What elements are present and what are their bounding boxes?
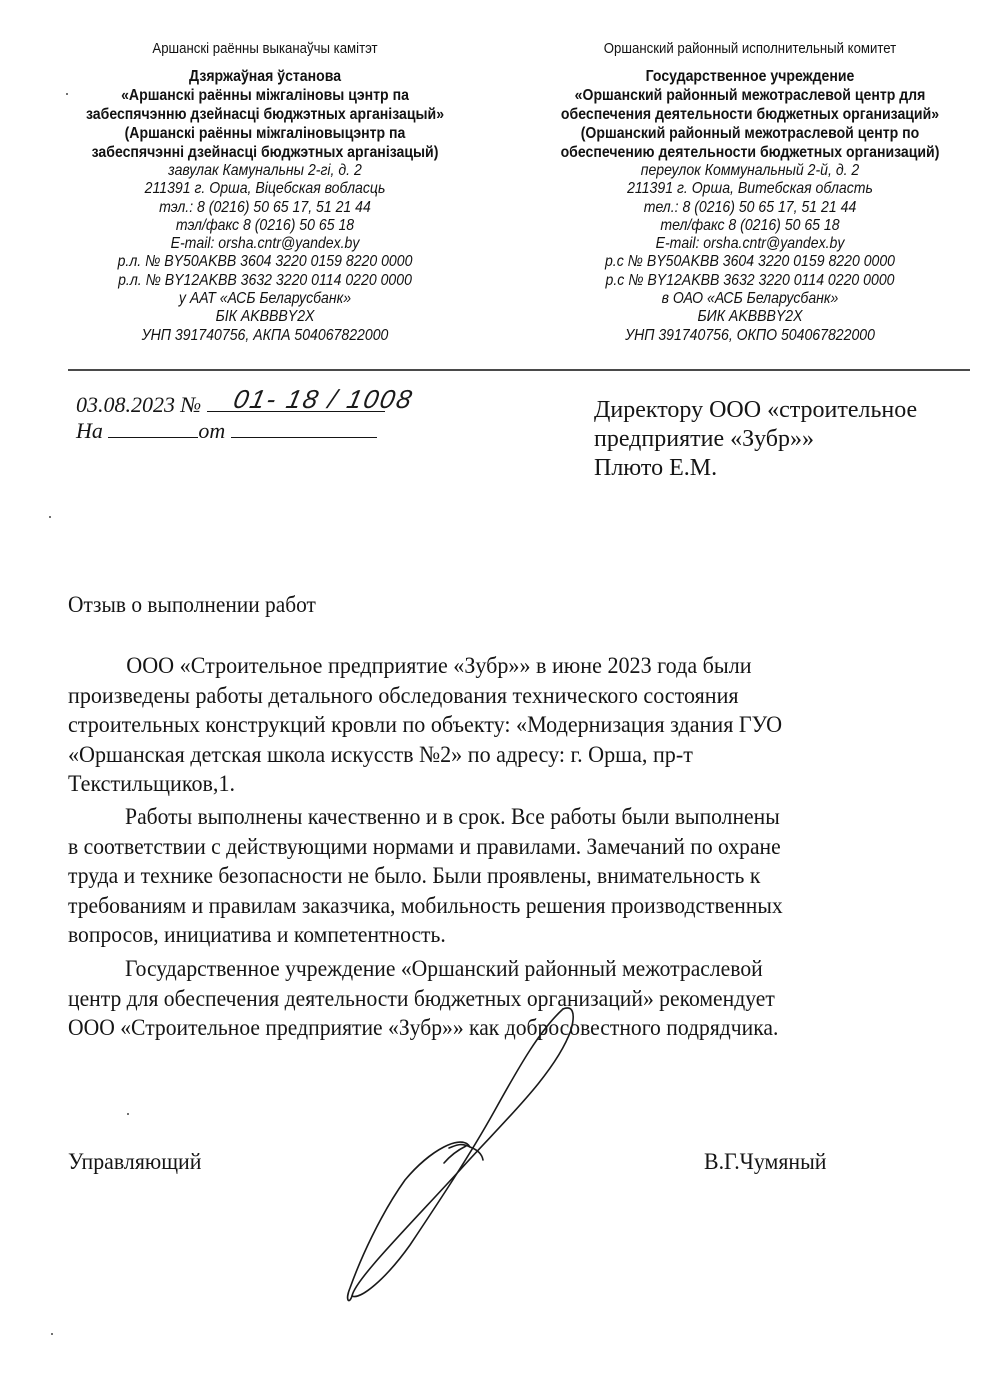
contact-details-be: завулак Камунальны 2-гі, д. 2 211391 г. … xyxy=(67,162,463,345)
on-from-row: На от xyxy=(76,418,385,444)
org-name-line: (Оршанский районный межотраслевой центр … xyxy=(548,124,953,143)
addressee-line: Директору ООО «строительное xyxy=(594,396,917,425)
body-line: Работы выполнены качественно и в срок. В… xyxy=(68,803,870,833)
letterhead-divider xyxy=(68,369,970,371)
org-name-line: обеспечению деятельности бюджетных орган… xyxy=(548,143,953,162)
bank-line: у ААТ «АСБ Беларусбанк» xyxy=(67,290,463,308)
body-line: Текстильщиков,1. xyxy=(68,770,888,800)
body-line: Государственное учреждение «Оршанский ра… xyxy=(68,955,870,985)
from-field xyxy=(231,419,377,438)
phone-line: тэл.: 8 (0216) 50 65 17, 51 21 44 xyxy=(67,199,463,217)
unp-line: УНП 391740756, АКПА 504067822000 xyxy=(67,327,463,345)
org-name-line: забеспячэнні дзейнасці бюджэтных арганіз… xyxy=(67,143,463,162)
body-line: ООО «Строительное предприятие «Зубр»» ка… xyxy=(68,1014,870,1044)
paragraph-3: Государственное учреждение «Оршанский ра… xyxy=(68,955,940,1044)
city-line: 211391 г. Орша, Витебская область xyxy=(548,180,953,198)
fax-line: тэл/факс 8 (0216) 50 65 18 xyxy=(67,217,463,235)
account-line: р.с № BY50AKBB 3604 3220 0159 8220 0000 xyxy=(548,253,953,271)
email-line: E-mail: orsha.cntr@yandex.by xyxy=(67,235,463,253)
org-name-line: «Аршанскі раённы міжгаліновы цэнтр па xyxy=(67,86,463,105)
body-line: в соответствии с действующими нормами и … xyxy=(68,833,870,863)
body-line: произведены работы детального обследован… xyxy=(68,682,888,712)
handwritten-number: 01- 18 / 1008 xyxy=(231,386,416,412)
letter-subject: Отзыв о выполнении работ xyxy=(68,591,316,619)
phone-line: тел.: 8 (0216) 50 65 17, 51 21 44 xyxy=(548,199,953,217)
scan-speck xyxy=(49,516,51,518)
letter-date: 03.08.2023 xyxy=(76,392,175,417)
address-line: завулак Камунальны 2-гі, д. 2 xyxy=(67,162,463,180)
letterhead-belarusian: Аршанскі раённы выканаўчы камітэт Дзяржа… xyxy=(67,40,463,345)
addressee-line: предприятие «Зубр»» xyxy=(594,425,917,454)
body-line: ООО «Строительное предприятие «Зубр»» в … xyxy=(68,652,888,682)
body-line: труда и технике безопасности не было. Бы… xyxy=(68,862,870,892)
date-number-row: 03.08.2023 № 01- 18 / 1008 xyxy=(76,392,385,418)
from-label: от xyxy=(198,418,225,443)
org-name-ru: Государственное учреждение «Оршанский ра… xyxy=(548,67,953,162)
addressee-name: Плюто Е.М. xyxy=(594,454,917,483)
body-line: «Оршанская детская школа искусств №2» по… xyxy=(68,741,888,771)
scan-speck xyxy=(66,93,68,95)
parent-org-be: Аршанскі раённы выканаўчы камітэт xyxy=(67,40,463,58)
signatory-name: В.Г.Чумяный xyxy=(704,1148,826,1176)
paragraph-1: ООО «Строительное предприятие «Зубр»» в … xyxy=(68,652,940,800)
scan-speck xyxy=(51,1333,53,1335)
signatory-role: Управляющий xyxy=(68,1148,201,1176)
addressee-block: Директору ООО «строительное предприятие … xyxy=(594,396,917,483)
bank-line: в ОАО «АСБ Беларусбанк» xyxy=(548,290,953,308)
scan-speck xyxy=(127,1113,129,1115)
letter-page: Аршанскі раённы выканаўчы камітэт Дзяржа… xyxy=(0,0,1000,1400)
body-line: вопросов, инициатива и компетентность. xyxy=(68,921,870,951)
city-line: 211391 г. Орша, Віцебская вобласць xyxy=(67,180,463,198)
org-name-line: обеспечения деятельности бюджетных орган… xyxy=(548,105,953,124)
number-label: № xyxy=(181,392,202,417)
contact-details-ru: переулок Коммунальный 2-й, д. 2 211391 г… xyxy=(548,162,953,345)
letterhead-russian: Оршанский районный исполнительный комите… xyxy=(548,40,953,345)
on-field xyxy=(108,419,198,438)
bic-line: БИК AKBBBY2X xyxy=(548,308,953,326)
on-label: На xyxy=(76,418,103,443)
account-line: р.л. № BY12AKBB 3632 3220 0114 0220 0000 xyxy=(67,272,463,290)
address-line: переулок Коммунальный 2-й, д. 2 xyxy=(548,162,953,180)
org-name-line: «Оршанский районный межотраслевой центр … xyxy=(548,86,953,105)
unp-line: УНП 391740756, ОКПО 504067822000 xyxy=(548,327,953,345)
org-name-be: Дзяржаўная ўстанова «Аршанскі раённы між… xyxy=(67,67,463,162)
fax-line: тел/факс 8 (0216) 50 65 18 xyxy=(548,217,953,235)
org-name-line: Государственное учреждение xyxy=(548,67,953,86)
email-line: E-mail: orsha.cntr@yandex.by xyxy=(548,235,953,253)
account-line: р.с № BY12AKBB 3632 3220 0114 0220 0000 xyxy=(548,272,953,290)
paragraph-2: Работы выполнены качественно и в срок. В… xyxy=(68,803,940,951)
bic-line: БІК AKBBBY2X xyxy=(67,308,463,326)
org-name-line: забеспячэнню дзейнасці бюджэтных арганіз… xyxy=(67,105,463,124)
reference-block: 03.08.2023 № 01- 18 / 1008 На от xyxy=(76,392,385,444)
org-name-line: Дзяржаўная ўстанова xyxy=(67,67,463,86)
body-line: требованиям и правилам заказчика, мобиль… xyxy=(68,892,870,922)
org-name-line: (Аршанскі раённы міжгаліновыцэнтр па xyxy=(67,124,463,143)
body-line: строительных конструкций кровли по объек… xyxy=(68,711,888,741)
body-line: центр для обеспечения деятельности бюдже… xyxy=(68,985,870,1015)
account-line: р.л. № BY50AKBB 3604 3220 0159 8220 0000 xyxy=(67,253,463,271)
parent-org-ru: Оршанский районный исполнительный комите… xyxy=(548,40,953,58)
